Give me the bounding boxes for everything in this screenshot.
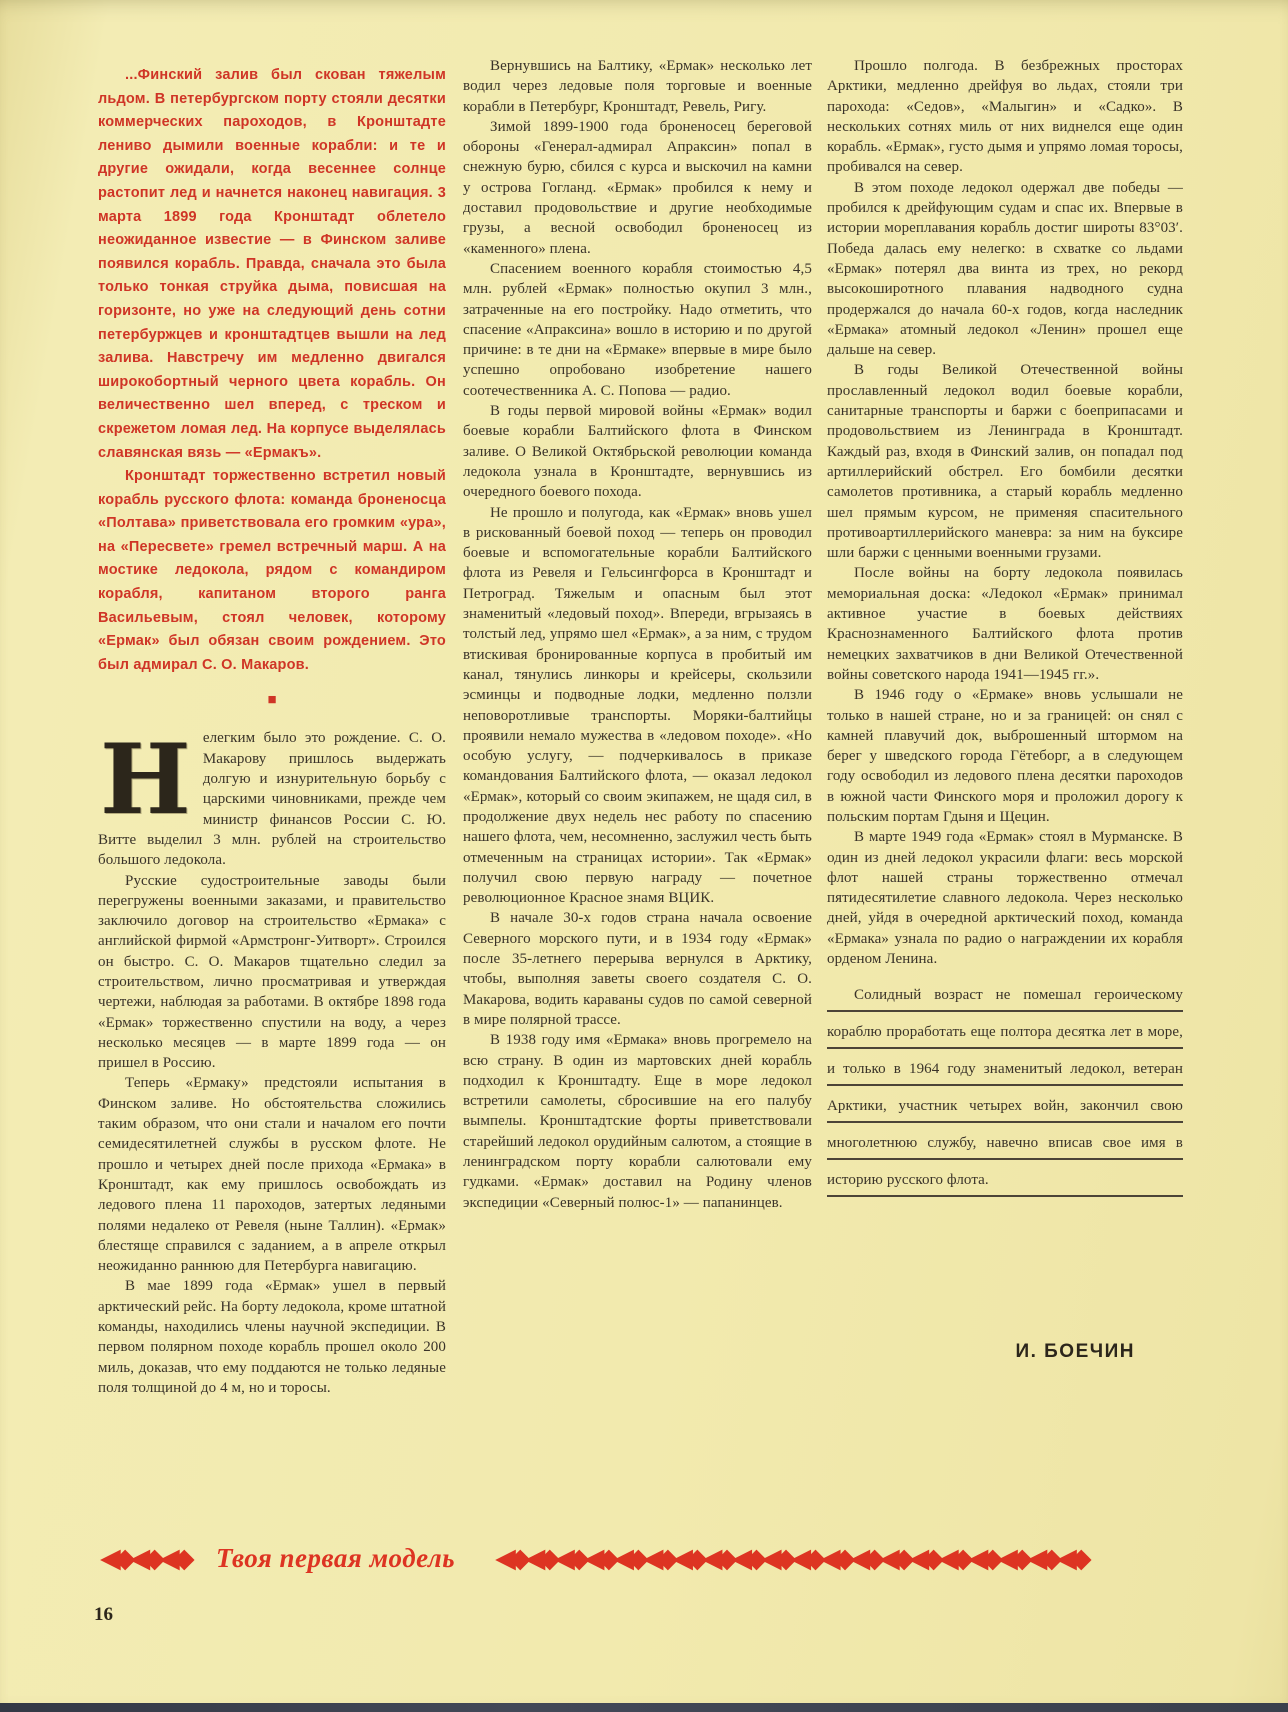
page-bottom-edge — [0, 1703, 1288, 1712]
body-paragraph: В годы первой мировой войны «Ермак» води… — [463, 401, 812, 502]
intro-paragraph-2: Кронштадт торжественно встретил новый ко… — [98, 465, 446, 677]
body-paragraph: Русские судостроительные заводы были пер… — [98, 871, 446, 1074]
emphasized-closing-paragraph: Солидный возраст не помешал героическому… — [827, 977, 1183, 1199]
page-number: 16 — [94, 1604, 113, 1626]
arrow-chain-icon: ◀◆◀◆◀◆◀◆◀◆◀◆◀◆◀◆◀◆◀◆◀◆◀◆◀◆◀◆◀◆◀◆◀◆◀◆◀◆◀◆ — [495, 1544, 1206, 1574]
body-paragraph: В мае 1899 года «Ермак» ушел в первый ар… — [98, 1276, 446, 1398]
article-column-1: ...Финский залив был скован тяжелым льдо… — [98, 64, 446, 1398]
footer-banner-row: ◀◆◀◆◀◆ Твоя первая модель ◀◆◀◆◀◆◀◆◀◆◀◆◀◆… — [100, 1543, 1206, 1574]
magazine-page: ...Финский залив был скован тяжелым льдо… — [0, 0, 1288, 1712]
body-paragraph: В годы Великой Отечественной войны просл… — [827, 360, 1183, 563]
body-paragraph: Не прошло и полугода, как «Ермак» вновь … — [463, 503, 812, 909]
article-column-2: Вернувшись на Балтику, «Ермак» несколько… — [463, 56, 812, 1213]
body-paragraph: В этом походе ледокол одержал две победы… — [827, 178, 1183, 361]
body-paragraph: Спасением военного корабля стоимостью 4,… — [463, 259, 812, 401]
drop-cap-letter: Н — [98, 728, 203, 828]
arrow-chain-icon: ◀◆◀◆◀◆ — [100, 1544, 202, 1574]
body-paragraph: Теперь «Ермаку» предстояли испытания в Ф… — [98, 1073, 446, 1276]
author-byline: И. БОЕЧИН — [827, 1341, 1183, 1363]
section-divider-bullet: ■ — [98, 693, 446, 708]
article-column-3: Прошло полгода. В безбрежных просторах А… — [827, 56, 1183, 1363]
body-paragraph: В 1946 году о «Ермаке» вновь услышали не… — [827, 685, 1183, 827]
body-paragraph: Прошло полгода. В безбрежных просторах А… — [827, 56, 1183, 178]
body-paragraph: Вернувшись на Балтику, «Ермак» несколько… — [463, 56, 812, 117]
body-paragraph: В 1938 году имя «Ермака» вновь прогремел… — [463, 1030, 812, 1213]
intro-paragraph-1: ...Финский залив был скован тяжелым льдо… — [98, 64, 446, 465]
body-paragraph: После войны на борту ледокола появилась … — [827, 563, 1183, 685]
body-paragraph: В марте 1949 года «Ермак» стоял в Мурман… — [827, 827, 1183, 969]
body-paragraph: Зимой 1899-1900 года броненосец берегово… — [463, 117, 812, 259]
footer-banner-title: Твоя первая модель — [216, 1543, 455, 1574]
body-paragraph: В начале 30-х годов страна начала освоен… — [463, 908, 812, 1030]
body-paragraph-dropcap: Нелегким было это рождение. С. О. Макаро… — [98, 728, 446, 870]
